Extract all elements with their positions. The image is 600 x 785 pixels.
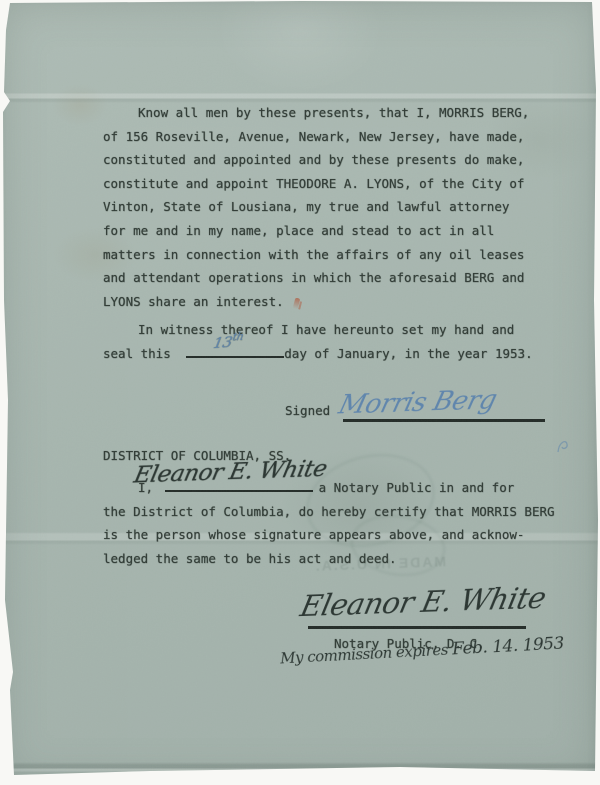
day-blank-line: 13th [186,343,284,358]
commission-text: My commission expires [280,641,449,668]
body-line: constituted and appointed and by these p… [103,148,529,172]
body-line: and attendant operations in which the af… [103,266,529,290]
eleanor-white-signature: Eleanor E. White [297,581,549,623]
body-line: Vinton, State of Lousiana, my true and l… [103,195,529,219]
pen-mark-icon [556,438,574,456]
handwritten-day: 13th [211,325,245,356]
eleanor-white-signature-inline: Eleanor E. White [131,458,328,488]
notary-signature-line [308,626,526,629]
body-line: constitute and appoint THEODORE A. LYONS… [103,172,529,196]
morris-berg-signature: Morris Berg [335,385,499,420]
paper-sheet: MADE IN U.S.A. Know all men by these pre… [0,0,600,785]
notary-paragraph: I, Eleanor E. White a Notary Public in a… [103,476,555,570]
witness-paragraph: In witness thereof I have hereunto set m… [103,318,533,365]
notary-line: the District of Columbia, do hereby cert… [103,500,555,524]
notary-name-blank: Eleanor E. White [165,477,313,492]
body-line: LYONS share an interest. [103,290,529,314]
signed-label: Signed [285,399,330,423]
notary-line1-suffix: a Notary Public in and for [319,480,515,495]
notary-line: is the person whose signature appears ab… [103,523,555,547]
witness-line: In witness thereof I have hereunto set m… [103,318,533,342]
body-line: matters in connection with the affairs o… [103,243,529,267]
notary-line: ledged the same to be his act and deed. [103,547,555,571]
seal-line: seal this 13th day of January, in the ye… [103,342,533,366]
body-line: of 156 Roseville, Avenue, Newark, New Je… [103,125,529,149]
scanned-document-page: { "page": { "background_color": "#f8f8f5… [0,0,600,785]
seal-suffix: day of January, in the year 1953. [284,346,532,361]
body-paragraph-1: Know all men by these presents, that I, … [103,101,529,313]
body-line: for me and in my name, place and stead t… [103,219,529,243]
notary-line-1: I, Eleanor E. White a Notary Public in a… [103,476,555,500]
body-line: Know all men by these presents, that I, … [103,101,529,125]
seal-prefix: seal this [103,346,171,361]
